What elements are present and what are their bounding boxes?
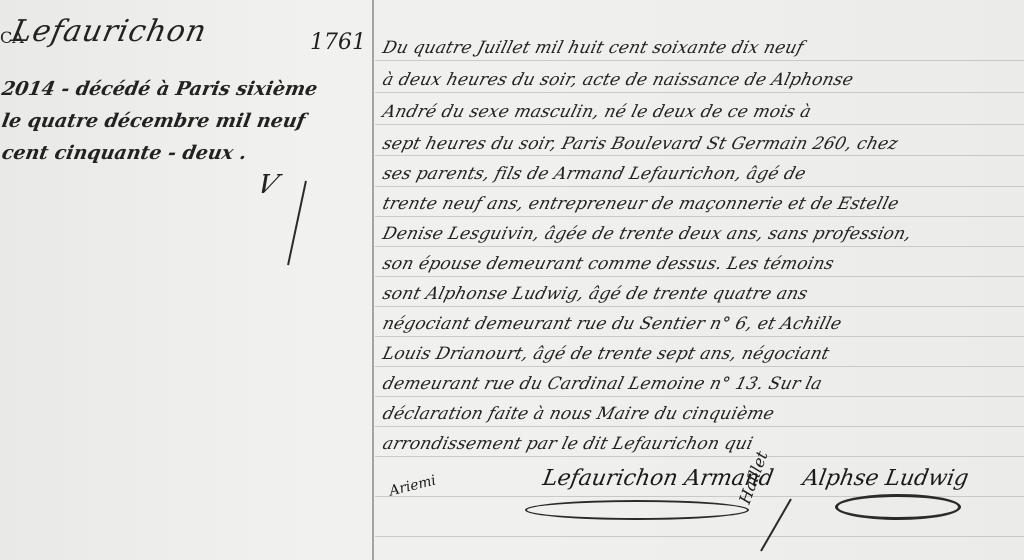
record-body: Du quatre Juillet mil huit cent soixante…	[375, 0, 1024, 560]
record-line-4: sept heures du soir, Paris Boulevard St …	[381, 134, 901, 154]
record-line-11: Louis Drianourt, âgé de trente sept ans,…	[381, 344, 832, 364]
margin-surname: Lefaurichon	[8, 14, 210, 49]
record-line-9: sont Alphonse Ludwig, âgé de trente quat…	[381, 284, 810, 304]
margin-column: CA Lefaurichon 1761 2014 - décédé à Pari…	[0, 0, 372, 560]
record-line-8: son épouse demeurant comme dessus. Les t…	[381, 254, 837, 274]
record-line-2: à deux heures du soir, acte de naissance…	[381, 70, 856, 90]
record-line-10: négociant demeurant rue du Sentier n° 6,…	[381, 314, 844, 334]
margin-initials: V	[253, 170, 283, 200]
record-line-14: arrondissement par le dit Lefaurichon qu…	[381, 434, 756, 454]
record-line-13: déclaration faite à nous Maire du cinqui…	[381, 404, 777, 424]
death-mention-line-2: le quatre décembre mil neuf	[0, 110, 307, 132]
signature-witness: Alphse Ludwig	[801, 466, 971, 491]
record-line-3: André du sexe masculin, né le deux de ce…	[381, 102, 814, 122]
record-line-1: Du quatre Juillet mil huit cent soixante…	[381, 38, 806, 58]
record-line-12: demeurant rue du Cardinal Lemoine n° 13.…	[381, 374, 825, 394]
death-mention-line-1: 2014 - décédé à Paris sixième	[0, 78, 319, 100]
column-divider	[372, 0, 374, 560]
death-mention-line-3: cent cinquante - deux .	[0, 142, 248, 164]
record-line-6: trente neuf ans, entrepreneur de maçonne…	[381, 194, 901, 214]
register-page: CA Lefaurichon 1761 2014 - décédé à Pari…	[0, 0, 1024, 560]
signature-flourish	[525, 500, 749, 520]
initials-stroke	[287, 181, 307, 266]
entry-number: 1761	[310, 30, 366, 55]
mayor-paraph	[760, 499, 792, 552]
witness-flourish	[835, 494, 961, 520]
record-line-5: ses parents, fils de Armand Lefaurichon,…	[381, 164, 809, 184]
record-line-7: Denise Lesguivin, âgée de trente deux an…	[381, 224, 914, 244]
